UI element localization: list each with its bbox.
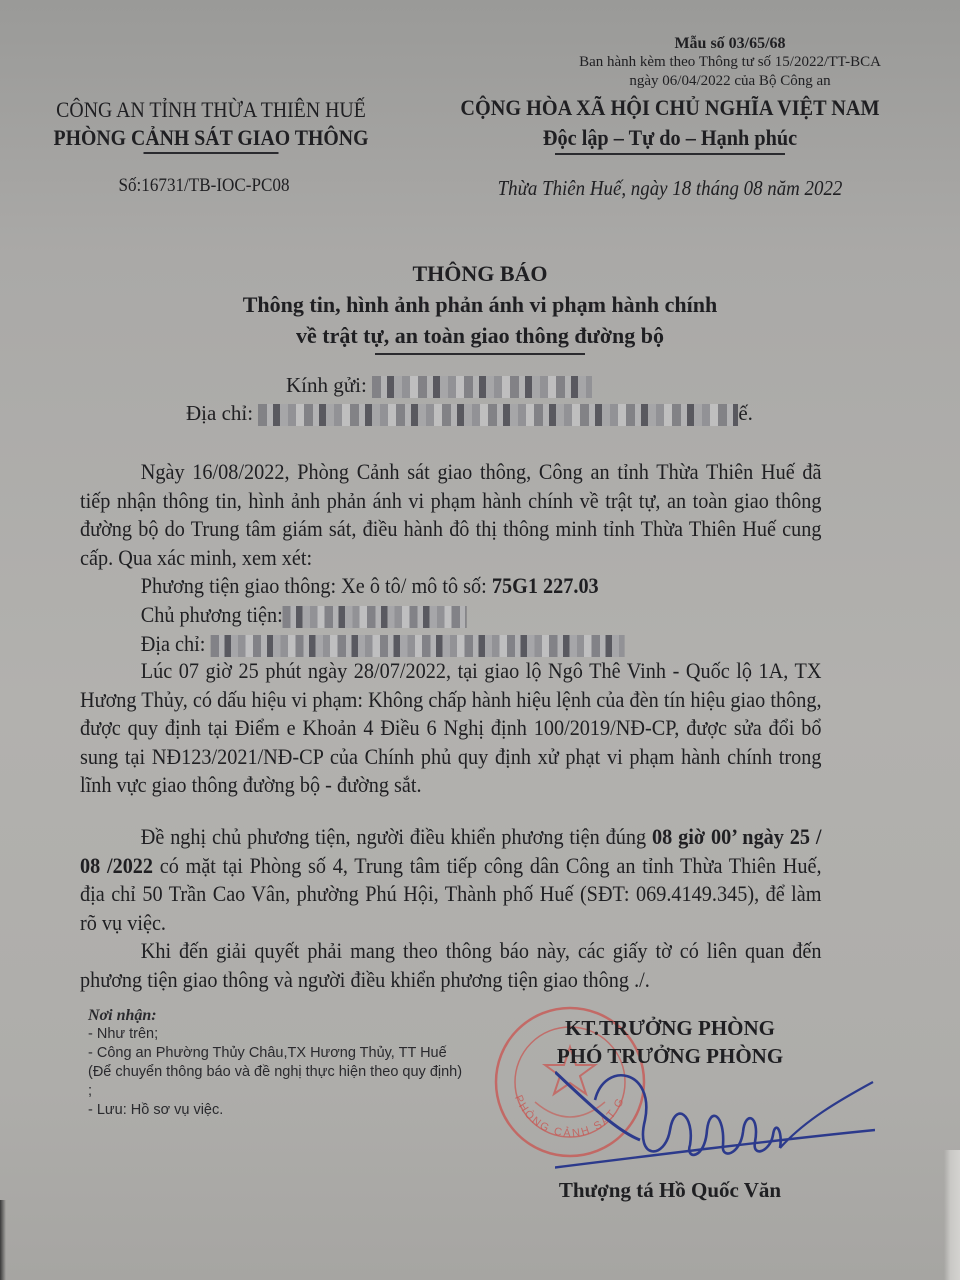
place-and-date: Thừa Thiên Huế, ngày 18 tháng 08 năm 202… — [463, 176, 877, 201]
recipient-item: - Lưu: Hồ sơ vụ việc. — [88, 1101, 468, 1120]
handwritten-signature-icon — [555, 1060, 875, 1170]
vehicle-label: Phương tiện giao thông: Xe ô tô/ mô tô s… — [141, 573, 487, 598]
document-title: THÔNG BÁO Thông tin, hình ảnh phản ánh v… — [180, 258, 780, 355]
recipients-title: Nơi nhận: — [88, 1006, 468, 1025]
owner-address-line: Địa chỉ: — [80, 630, 822, 659]
document-number: Số:16731/TB-IOC-PC08 — [60, 175, 348, 197]
signature-line-1: KT.TRƯỞNG PHÒNG — [520, 1014, 820, 1042]
national-header: CỘNG HÒA XÃ HỘI CHỦ NGHĨA VIỆT NAM Độc l… — [440, 93, 900, 155]
addressee-label: Kính gửi: — [286, 373, 367, 397]
body-section-3: Đề nghị chủ phương tiện, người điều khiể… — [80, 823, 822, 995]
paragraph-violation: Lúc 07 giờ 25 phút ngày 28/07/2022, tại … — [80, 657, 822, 800]
recipient-item: - Công an Phường Thủy Châu,TX Hương Thủy… — [88, 1044, 468, 1101]
owner-address-label: Địa chỉ: — [141, 631, 206, 656]
title-main: THÔNG BÁO — [180, 258, 780, 289]
nation-motto: Độc lập – Tự do – Hạnh phúc — [440, 123, 900, 153]
owner-label: Chủ phương tiện: — [141, 602, 283, 627]
redacted-owner — [283, 606, 467, 628]
form-number: Mẫu số 03/65/68 — [560, 34, 900, 53]
address-label: Địa chỉ: — [186, 401, 253, 425]
summons-text-b: có mặt tại Phòng số 4, Trung tâm tiếp cô… — [80, 853, 822, 935]
page-edge-highlight — [944, 1150, 960, 1280]
paragraph-received: Ngày 16/08/2022, Phòng Cảnh sát giao thô… — [80, 458, 822, 572]
agency-line-1: CÔNG AN TỈNH THỪA THIÊN HUẾ — [40, 96, 382, 124]
recipient-item: - Như trên; — [88, 1025, 468, 1044]
agency-underline — [144, 152, 279, 154]
nation-name: CỘNG HÒA XÃ HỘI CHỦ NGHĨA VIỆT NAM — [440, 93, 900, 123]
paragraph-summons: Đề nghị chủ phương tiện, người điều khiể… — [80, 823, 822, 937]
vehicle-plate: 75G1 227.03 — [492, 573, 599, 598]
form-issued-with: Ban hành kèm theo Thông tư số 15/2022/TT… — [560, 53, 900, 72]
signer-name: Thượng tá Hồ Quốc Văn — [520, 1178, 820, 1203]
redacted-addressee — [372, 376, 592, 398]
title-sub-1: Thông tin, hình ảnh phản ánh vi phạm hàn… — [180, 289, 780, 320]
agency-line-2: PHÒNG CẢNH SÁT GIAO THÔNG — [40, 124, 382, 152]
owner-line: Chủ phương tiện: — [80, 601, 822, 630]
body-section-2: Lúc 07 giờ 25 phút ngày 28/07/2022, tại … — [80, 657, 822, 800]
motto-underline — [555, 153, 785, 155]
recipients-list: Nơi nhận: - Như trên; - Công an Phường T… — [88, 1006, 468, 1120]
addressee-address-line: Địa chỉ: ế. — [186, 401, 753, 426]
issuing-agency: CÔNG AN TỈNH THỪA THIÊN HUẾ PHÒNG CẢNH S… — [40, 96, 382, 154]
redacted-owner-address — [210, 635, 624, 657]
form-header: Mẫu số 03/65/68 Ban hành kèm theo Thông … — [560, 34, 900, 91]
form-issued-date: ngày 06/04/2022 của Bộ Công an — [560, 72, 900, 91]
paragraph-documents: Khi đến giải quyết phải mang theo thông … — [80, 937, 822, 994]
title-sub-2: về trật tự, an toàn giao thông đường bộ — [180, 320, 780, 351]
title-underline — [375, 353, 585, 355]
summons-text-a: Đề nghị chủ phương tiện, người điều khiể… — [141, 824, 646, 849]
page-edge-shadow — [0, 1200, 6, 1280]
redacted-address — [258, 404, 738, 426]
vehicle-line: Phương tiện giao thông: Xe ô tô/ mô tô s… — [80, 572, 822, 601]
addressee-line: Kính gửi: — [286, 373, 592, 398]
address-tail: ế. — [738, 401, 753, 425]
body-section-1: Ngày 16/08/2022, Phòng Cảnh sát giao thô… — [80, 458, 822, 658]
